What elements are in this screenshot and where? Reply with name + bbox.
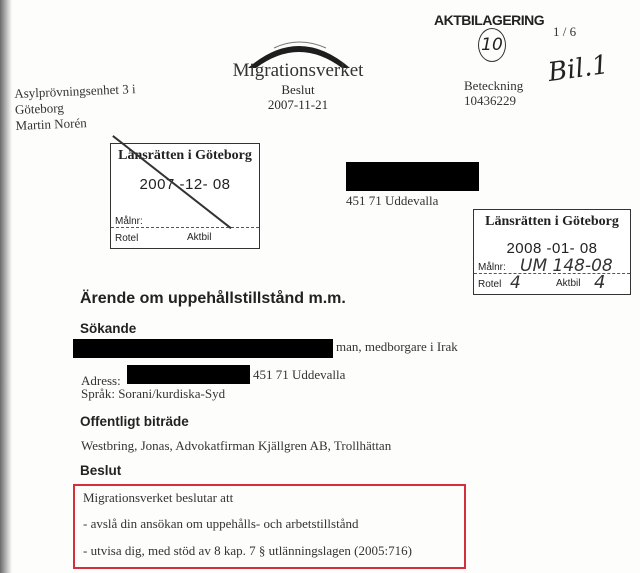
stamp-rotel-handwritten: 4 xyxy=(510,273,521,293)
stamp-malnr-label: Målnr: xyxy=(111,216,259,228)
stamp-aktbil-label: Aktbil xyxy=(187,232,211,243)
sender-block: Asylprövningsenhet 3 i Göteborg Martin N… xyxy=(14,81,137,134)
agency-name: Migrationsverket xyxy=(228,60,368,82)
public-counsel-heading: Offentligt biträde xyxy=(80,414,189,429)
aktbilagering-stamp: AKTBILAGERING xyxy=(434,12,544,28)
stamp-court-name: Länsrätten i Göteborg xyxy=(111,144,259,164)
language: Språk: Sorani/kurdiska-Syd xyxy=(81,386,225,402)
redacted-recipient-name xyxy=(346,162,479,191)
stamp-footer-row: Rotel 4 Aktbil 4 xyxy=(474,276,630,294)
beteckning-value: 10436229 xyxy=(464,93,523,108)
stamp-aktbil-handwritten: 4 xyxy=(594,272,605,293)
document-date: 2007-11-21 xyxy=(228,97,368,112)
decision-line-intro: Migrationsverket beslutar att xyxy=(83,490,233,506)
redacted-address xyxy=(127,365,250,384)
stamp-rotel-label: Rotel xyxy=(478,279,501,290)
sender-officer: Martin Norén xyxy=(15,113,137,134)
applicant-description: man, medborgare i Irak xyxy=(336,339,458,355)
stamp-aktbil-label: Aktbil xyxy=(556,278,580,289)
stamp-court-name: Länsrätten i Göteborg xyxy=(474,210,630,230)
decision-heading: Beslut xyxy=(80,463,121,478)
aktbilagering-number: 10 xyxy=(478,28,506,62)
page-indicator: 1 / 6 xyxy=(553,24,576,40)
handwritten-annotation: Bil.1 xyxy=(546,50,610,88)
redacted-applicant-name xyxy=(73,339,333,358)
stamp-footer-row: Rotel Aktbil xyxy=(111,230,259,248)
court-stamp-2: Länsrätten i Göteborg 2008 -01- 08 Målnr… xyxy=(473,209,631,295)
document-type-block: Beslut 2007-11-21 xyxy=(228,82,368,112)
beteckning-block: Beteckning 10436229 xyxy=(464,78,523,108)
decision-highlight-box: Migrationsverket beslutar att - avslå di… xyxy=(73,484,466,569)
case-title: Ärende om uppehållstillstånd m.m. xyxy=(80,290,346,308)
scan-shadow-edge xyxy=(0,0,12,573)
stamp-malnr-label-text: Målnr: xyxy=(478,262,506,273)
stamp-rotel-label: Rotel xyxy=(115,233,138,244)
address-city: 451 71 Uddevalla xyxy=(253,367,345,383)
public-counsel-text: Westbring, Jonas, Advokatfirman Kjällgre… xyxy=(81,438,391,454)
decision-line-expel: - utvisa dig, med stöd av 8 kap. 7 § utl… xyxy=(83,543,412,559)
court-stamp-1: Länsrätten i Göteborg 2007 -12- 08 Målnr… xyxy=(110,143,260,249)
recipient-city: 451 71 Uddevalla xyxy=(346,193,438,209)
decision-line-reject: - avslå din ansökan om uppehålls- och ar… xyxy=(83,516,358,532)
beteckning-label: Beteckning xyxy=(464,78,523,93)
sokande-heading: Sökande xyxy=(80,321,136,336)
stamp-date: 2008 -01- 08 xyxy=(474,240,630,257)
document-type: Beslut xyxy=(228,82,368,97)
